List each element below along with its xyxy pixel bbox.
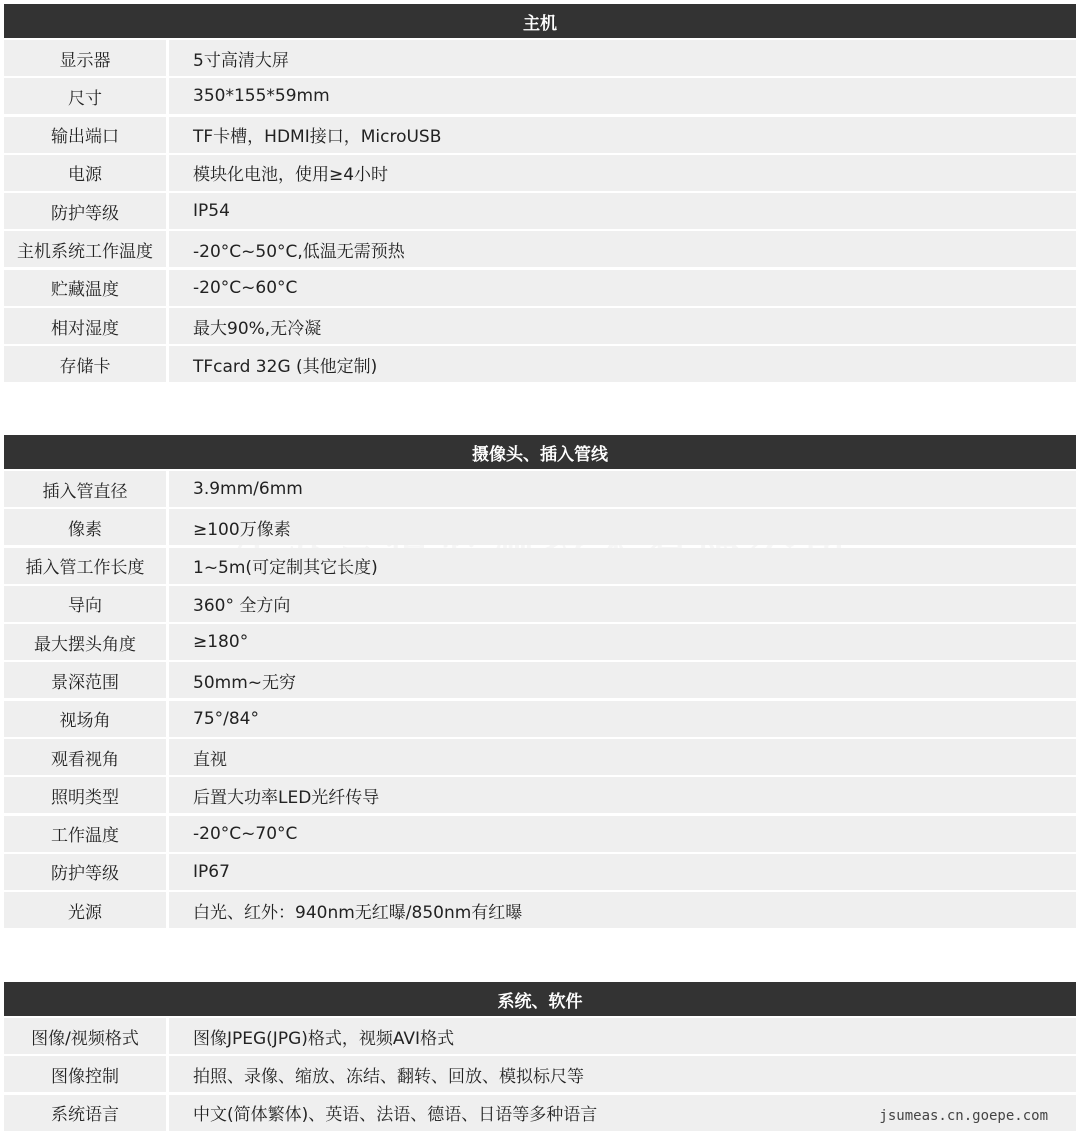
table-row: 电源模块化电池，使用≥4小时 (4, 155, 1076, 191)
row-label: 存储卡 (4, 346, 166, 382)
table-row: 插入管直径3.9mm/6mm (4, 471, 1076, 507)
row-value: IP54 (169, 193, 1076, 229)
table-row: 显示器5寸高清大屏 (4, 40, 1076, 76)
row-label: 视场角 (4, 701, 166, 737)
row-label: 最大摆头角度 (4, 624, 166, 660)
row-value: ≥100万像素 (169, 509, 1076, 545)
row-label: 系统语言 (4, 1095, 166, 1131)
section-title: 摄像头、插入管线 (4, 435, 1076, 471)
table-row: 像素≥100万像素 (4, 509, 1076, 545)
row-value: ≥180° (169, 624, 1076, 660)
row-label: 观看视角 (4, 739, 166, 775)
row-value: 最大90%,无冷凝 (169, 308, 1076, 344)
table-row: 相对湿度最大90%,无冷凝 (4, 308, 1076, 344)
row-value: 直视 (169, 739, 1076, 775)
row-value: IP67 (169, 854, 1076, 890)
row-label: 导向 (4, 586, 166, 622)
row-value: TF卡槽，HDMI接口，MicroUSB (169, 117, 1076, 153)
section-title: 主机 (4, 4, 1076, 40)
row-value: -20°C~50°C,低温无需预热 (169, 231, 1076, 267)
section-host: 主机 显示器5寸高清大屏 尺寸350*155*59mm 输出端口TF卡槽，HDM… (4, 4, 1076, 385)
row-label: 像素 (4, 509, 166, 545)
row-label: 照明类型 (4, 777, 166, 813)
section-camera-probe: 摄像头、插入管线 插入管直径3.9mm/6mm 像素≥100万像素 插入管工作长… (4, 435, 1076, 931)
row-value: 5寸高清大屏 (169, 40, 1076, 76)
table-row: 视场角75°/84° (4, 701, 1076, 737)
row-label: 防护等级 (4, 854, 166, 890)
table-row: 防护等级IP54 (4, 193, 1076, 229)
row-label: 主机系统工作温度 (4, 231, 166, 267)
table-row: 导向360° 全方向 (4, 586, 1076, 622)
row-value: 360° 全方向 (169, 586, 1076, 622)
row-label: 电源 (4, 155, 166, 191)
table-row: 贮藏温度-20°C~60°C (4, 270, 1076, 306)
site-url-watermark: jsumeas.cn.goepe.com (879, 1108, 1048, 1124)
table-row: 插入管工作长度1~5m(可定制其它长度) (4, 548, 1076, 584)
row-label: 显示器 (4, 40, 166, 76)
row-label: 景深范围 (4, 662, 166, 698)
row-label: 贮藏温度 (4, 270, 166, 306)
row-value: 后置大功率LED光纤传导 (169, 777, 1076, 813)
row-label: 防护等级 (4, 193, 166, 229)
section-title: 系统、软件 (4, 982, 1076, 1018)
row-value: 350*155*59mm (169, 78, 1076, 114)
row-label: 相对湿度 (4, 308, 166, 344)
table-row: 观看视角直视 (4, 739, 1076, 775)
row-label: 光源 (4, 892, 166, 928)
table-row: 输出端口TF卡槽，HDMI接口，MicroUSB (4, 117, 1076, 153)
table-row: 照明类型后置大功率LED光纤传导 (4, 777, 1076, 813)
table-row: 景深范围50mm~无穷 (4, 662, 1076, 698)
row-label: 插入管直径 (4, 471, 166, 507)
row-label: 输出端口 (4, 117, 166, 153)
row-value: -20°C~70°C (169, 816, 1076, 852)
table-row: 图像/视频格式图像JPEG(JPG)格式，视频AVI格式 (4, 1018, 1076, 1054)
row-label: 插入管工作长度 (4, 548, 166, 584)
table-row: 主机系统工作温度-20°C~50°C,低温无需预热 (4, 231, 1076, 267)
row-value: -20°C~60°C (169, 270, 1076, 306)
row-label: 图像/视频格式 (4, 1018, 166, 1054)
row-value: 1~5m(可定制其它长度) (169, 548, 1076, 584)
table-row: 最大摆头角度≥180° (4, 624, 1076, 660)
row-value: 拍照、录像、缩放、冻结、翻转、回放、模拟标尺等 (169, 1056, 1076, 1092)
table-row: 尺寸350*155*59mm (4, 78, 1076, 114)
row-value: 模块化电池，使用≥4小时 (169, 155, 1076, 191)
row-value: 50mm~无穷 (169, 662, 1076, 698)
row-value: 图像JPEG(JPG)格式，视频AVI格式 (169, 1018, 1076, 1054)
row-label: 尺寸 (4, 78, 166, 114)
table-row: 光源白光、红外：940nm无红曝/850nm有红曝 (4, 892, 1076, 928)
row-value: 75°/84° (169, 701, 1076, 737)
table-row: 工作温度-20°C~70°C (4, 816, 1076, 852)
row-value: 白光、红外：940nm无红曝/850nm有红曝 (169, 892, 1076, 928)
row-label: 图像控制 (4, 1056, 166, 1092)
row-value: 3.9mm/6mm (169, 471, 1076, 507)
table-row: 防护等级IP67 (4, 854, 1076, 890)
table-row: 图像控制拍照、录像、缩放、冻结、翻转、回放、模拟标尺等 (4, 1056, 1076, 1092)
table-row: 存储卡TFcard 32G (其他定制) (4, 346, 1076, 382)
row-value: TFcard 32G (其他定制) (169, 346, 1076, 382)
row-label: 工作温度 (4, 816, 166, 852)
